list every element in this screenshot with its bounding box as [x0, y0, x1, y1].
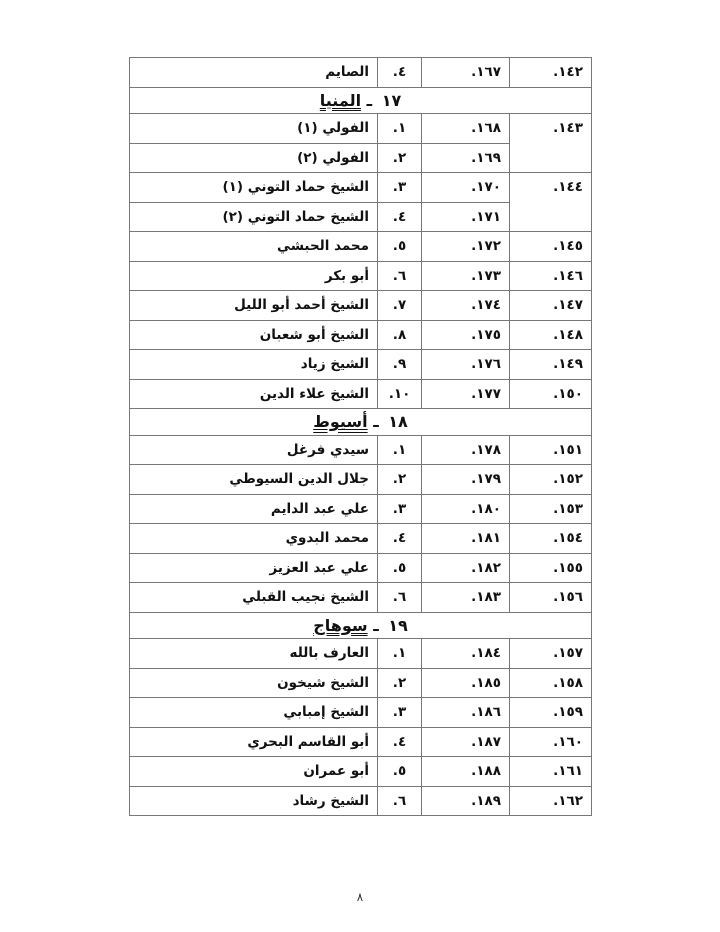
section-header: ١٨ ـ أسيوط [130, 409, 592, 436]
sequence-cell: ١٦٩. [422, 143, 510, 173]
sequence-cell: ١٨٠. [422, 494, 510, 524]
local-number-cell: ٢. [378, 143, 422, 173]
local-number-cell: ٢. [378, 465, 422, 495]
global-index-cell: ١٤٤. [510, 173, 592, 232]
sequence-cell: ١٨٩. [422, 786, 510, 816]
local-number-cell: ٦. [378, 261, 422, 291]
table-row: ١٥٨.١٨٥.٢.الشيخ شيخون [130, 668, 592, 698]
global-index-cell: ١٤٥. [510, 232, 592, 262]
global-index-cell: ١٥٩. [510, 698, 592, 728]
sequence-cell: ١٨٣. [422, 583, 510, 613]
section-header-row: ١٧ ـ المنيا [130, 87, 592, 114]
name-cell: الشيخ نجيب القبلي [130, 583, 378, 613]
local-number-cell: ٤. [378, 727, 422, 757]
global-index-cell: ١٥٠. [510, 379, 592, 409]
table-row: ١٤٦.١٧٣.٦.أبو بكر [130, 261, 592, 291]
sequence-cell: ١٧٧. [422, 379, 510, 409]
name-cell: الفولي (١) [130, 114, 378, 144]
name-cell: أبو القاسم البحري [130, 727, 378, 757]
table-body: ١٤٢.١٦٧.٤.الصايم١٧ ـ المنيا١٤٣.١٦٨.١.الف… [130, 58, 592, 816]
global-index-cell: ١٤٨. [510, 320, 592, 350]
sequence-cell: ١٧٢. [422, 232, 510, 262]
global-index-cell: ١٦٠. [510, 727, 592, 757]
local-number-cell: ٥. [378, 553, 422, 583]
name-cell: الشيخ إمبابي [130, 698, 378, 728]
sequence-cell: ١٧٣. [422, 261, 510, 291]
global-index-cell: ١٥٣. [510, 494, 592, 524]
table-row: ١٦٢.١٨٩.٦.الشيخ رشاد [130, 786, 592, 816]
local-number-cell: ٦. [378, 786, 422, 816]
global-index-cell: ١٤٦. [510, 261, 592, 291]
name-cell: الشيخ علاء الدين [130, 379, 378, 409]
name-cell: الصايم [130, 58, 378, 88]
name-cell: علي عبد العزيز [130, 553, 378, 583]
name-cell: الشيخ حماد التوني (٢) [130, 202, 378, 232]
section-name: المنيا [320, 91, 361, 110]
name-cell: الفولي (٢) [130, 143, 378, 173]
global-index-cell: ١٥٨. [510, 668, 592, 698]
local-number-cell: ٤. [378, 524, 422, 554]
local-number-cell: ٩. [378, 350, 422, 380]
name-cell: محمد الحبشي [130, 232, 378, 262]
section-name: سوهاج [313, 616, 367, 635]
sequence-cell: ١٧٨. [422, 435, 510, 465]
section-number: ١٧ [382, 91, 402, 110]
name-cell: سيدي فرغل [130, 435, 378, 465]
table-row: ١٥٠.١٧٧.١٠.الشيخ علاء الدين [130, 379, 592, 409]
local-number-cell: ٥. [378, 232, 422, 262]
sequence-cell: ١٨٥. [422, 668, 510, 698]
table-row: ١٥٥.١٨٢.٥.علي عبد العزيز [130, 553, 592, 583]
table-row: ١٥٢.١٧٩.٢.جلال الدين السيوطي [130, 465, 592, 495]
sequence-cell: ١٨٤. [422, 639, 510, 669]
section-number: ١٩ [388, 616, 408, 635]
local-number-cell: ١. [378, 639, 422, 669]
sequence-cell: ١٧٠. [422, 173, 510, 203]
local-number-cell: ٤. [378, 202, 422, 232]
table-row: ١٦١.١٨٨.٥.أبو عمران [130, 757, 592, 787]
page-number: ٨ [350, 890, 370, 904]
name-cell: الشيخ أحمد أبو الليل [130, 291, 378, 321]
document-page: ١٤٢.١٦٧.٤.الصايم١٧ ـ المنيا١٤٣.١٦٨.١.الف… [0, 0, 720, 932]
section-header: ١٩ ـ سوهاج [130, 612, 592, 639]
section-number: ١٨ [388, 412, 408, 431]
global-index-cell: ١٤٧. [510, 291, 592, 321]
global-index-cell: ١٤٩. [510, 350, 592, 380]
name-cell: الشيخ حماد التوني (١) [130, 173, 378, 203]
sequence-cell: ١٨٦. [422, 698, 510, 728]
sequence-cell: ١٨٨. [422, 757, 510, 787]
name-cell: أبو بكر [130, 261, 378, 291]
local-number-cell: ٧. [378, 291, 422, 321]
sequence-cell: ١٧٥. [422, 320, 510, 350]
name-cell: الشيخ رشاد [130, 786, 378, 816]
local-number-cell: ١. [378, 114, 422, 144]
local-number-cell: ٦. [378, 583, 422, 613]
table-row: ١٤٣.١٦٨.١.الفولي (١) [130, 114, 592, 144]
section-header-row: ١٨ ـ أسيوط [130, 409, 592, 436]
sequence-cell: ١٦٨. [422, 114, 510, 144]
sequence-cell: ١٧٦. [422, 350, 510, 380]
name-cell: محمد البدوي [130, 524, 378, 554]
sequence-cell: ١٧٩. [422, 465, 510, 495]
section-header-row: ١٩ ـ سوهاج [130, 612, 592, 639]
section-separator: ـ [373, 616, 378, 635]
name-cell: الشيخ شيخون [130, 668, 378, 698]
section-separator: ـ [367, 91, 372, 110]
global-index-cell: ١٥٥. [510, 553, 592, 583]
table-row: ١٥٤.١٨١.٤.محمد البدوي [130, 524, 592, 554]
local-number-cell: ٣. [378, 494, 422, 524]
table-row: ١٥٩.١٨٦.٣.الشيخ إمبابي [130, 698, 592, 728]
shrines-table: ١٤٢.١٦٧.٤.الصايم١٧ ـ المنيا١٤٣.١٦٨.١.الف… [129, 57, 592, 816]
global-index-cell: ١٦١. [510, 757, 592, 787]
name-cell: علي عبد الدايم [130, 494, 378, 524]
name-cell: جلال الدين السيوطي [130, 465, 378, 495]
global-index-cell: ١٥٦. [510, 583, 592, 613]
global-index-cell: ١٥١. [510, 435, 592, 465]
name-cell: الشيخ أبو شعبان [130, 320, 378, 350]
name-cell: العارف بالله [130, 639, 378, 669]
table-row: ١٥٣.١٨٠.٣.علي عبد الدايم [130, 494, 592, 524]
sequence-cell: ١٧١. [422, 202, 510, 232]
table-row: ١٦٠.١٨٧.٤.أبو القاسم البحري [130, 727, 592, 757]
local-number-cell: ٢. [378, 668, 422, 698]
local-number-cell: ٨. [378, 320, 422, 350]
global-index-cell: ١٦٢. [510, 786, 592, 816]
local-number-cell: ٤. [378, 58, 422, 88]
section-name: أسيوط [313, 412, 367, 431]
table-row: ١٥١.١٧٨.١.سيدي فرغل [130, 435, 592, 465]
local-number-cell: ١٠. [378, 379, 422, 409]
section-separator: ـ [373, 412, 378, 431]
sequence-cell: ١٦٧. [422, 58, 510, 88]
table-row: ١٤٩.١٧٦.٩.الشيخ زياد [130, 350, 592, 380]
name-cell: الشيخ زياد [130, 350, 378, 380]
local-number-cell: ٥. [378, 757, 422, 787]
table-row: ١٤٤.١٧٠.٣.الشيخ حماد التوني (١) [130, 173, 592, 203]
table-row: ١٤٢.١٦٧.٤.الصايم [130, 58, 592, 88]
local-number-cell: ٣. [378, 173, 422, 203]
sequence-cell: ١٨٧. [422, 727, 510, 757]
global-index-cell: ١٥٤. [510, 524, 592, 554]
table-row: ١٥٧.١٨٤.١.العارف بالله [130, 639, 592, 669]
table-row: ١٥٦.١٨٣.٦.الشيخ نجيب القبلي [130, 583, 592, 613]
name-cell: أبو عمران [130, 757, 378, 787]
global-index-cell: ١٥٢. [510, 465, 592, 495]
table-row: ١٤٨.١٧٥.٨.الشيخ أبو شعبان [130, 320, 592, 350]
table-row: ١٤٥.١٧٢.٥.محمد الحبشي [130, 232, 592, 262]
sequence-cell: ١٧٤. [422, 291, 510, 321]
global-index-cell: ١٥٧. [510, 639, 592, 669]
local-number-cell: ٣. [378, 698, 422, 728]
local-number-cell: ١. [378, 435, 422, 465]
section-header: ١٧ ـ المنيا [130, 87, 592, 114]
global-index-cell: ١٤٢. [510, 58, 592, 88]
sequence-cell: ١٨١. [422, 524, 510, 554]
sequence-cell: ١٨٢. [422, 553, 510, 583]
table-row: ١٤٧.١٧٤.٧.الشيخ أحمد أبو الليل [130, 291, 592, 321]
global-index-cell: ١٤٣. [510, 114, 592, 173]
